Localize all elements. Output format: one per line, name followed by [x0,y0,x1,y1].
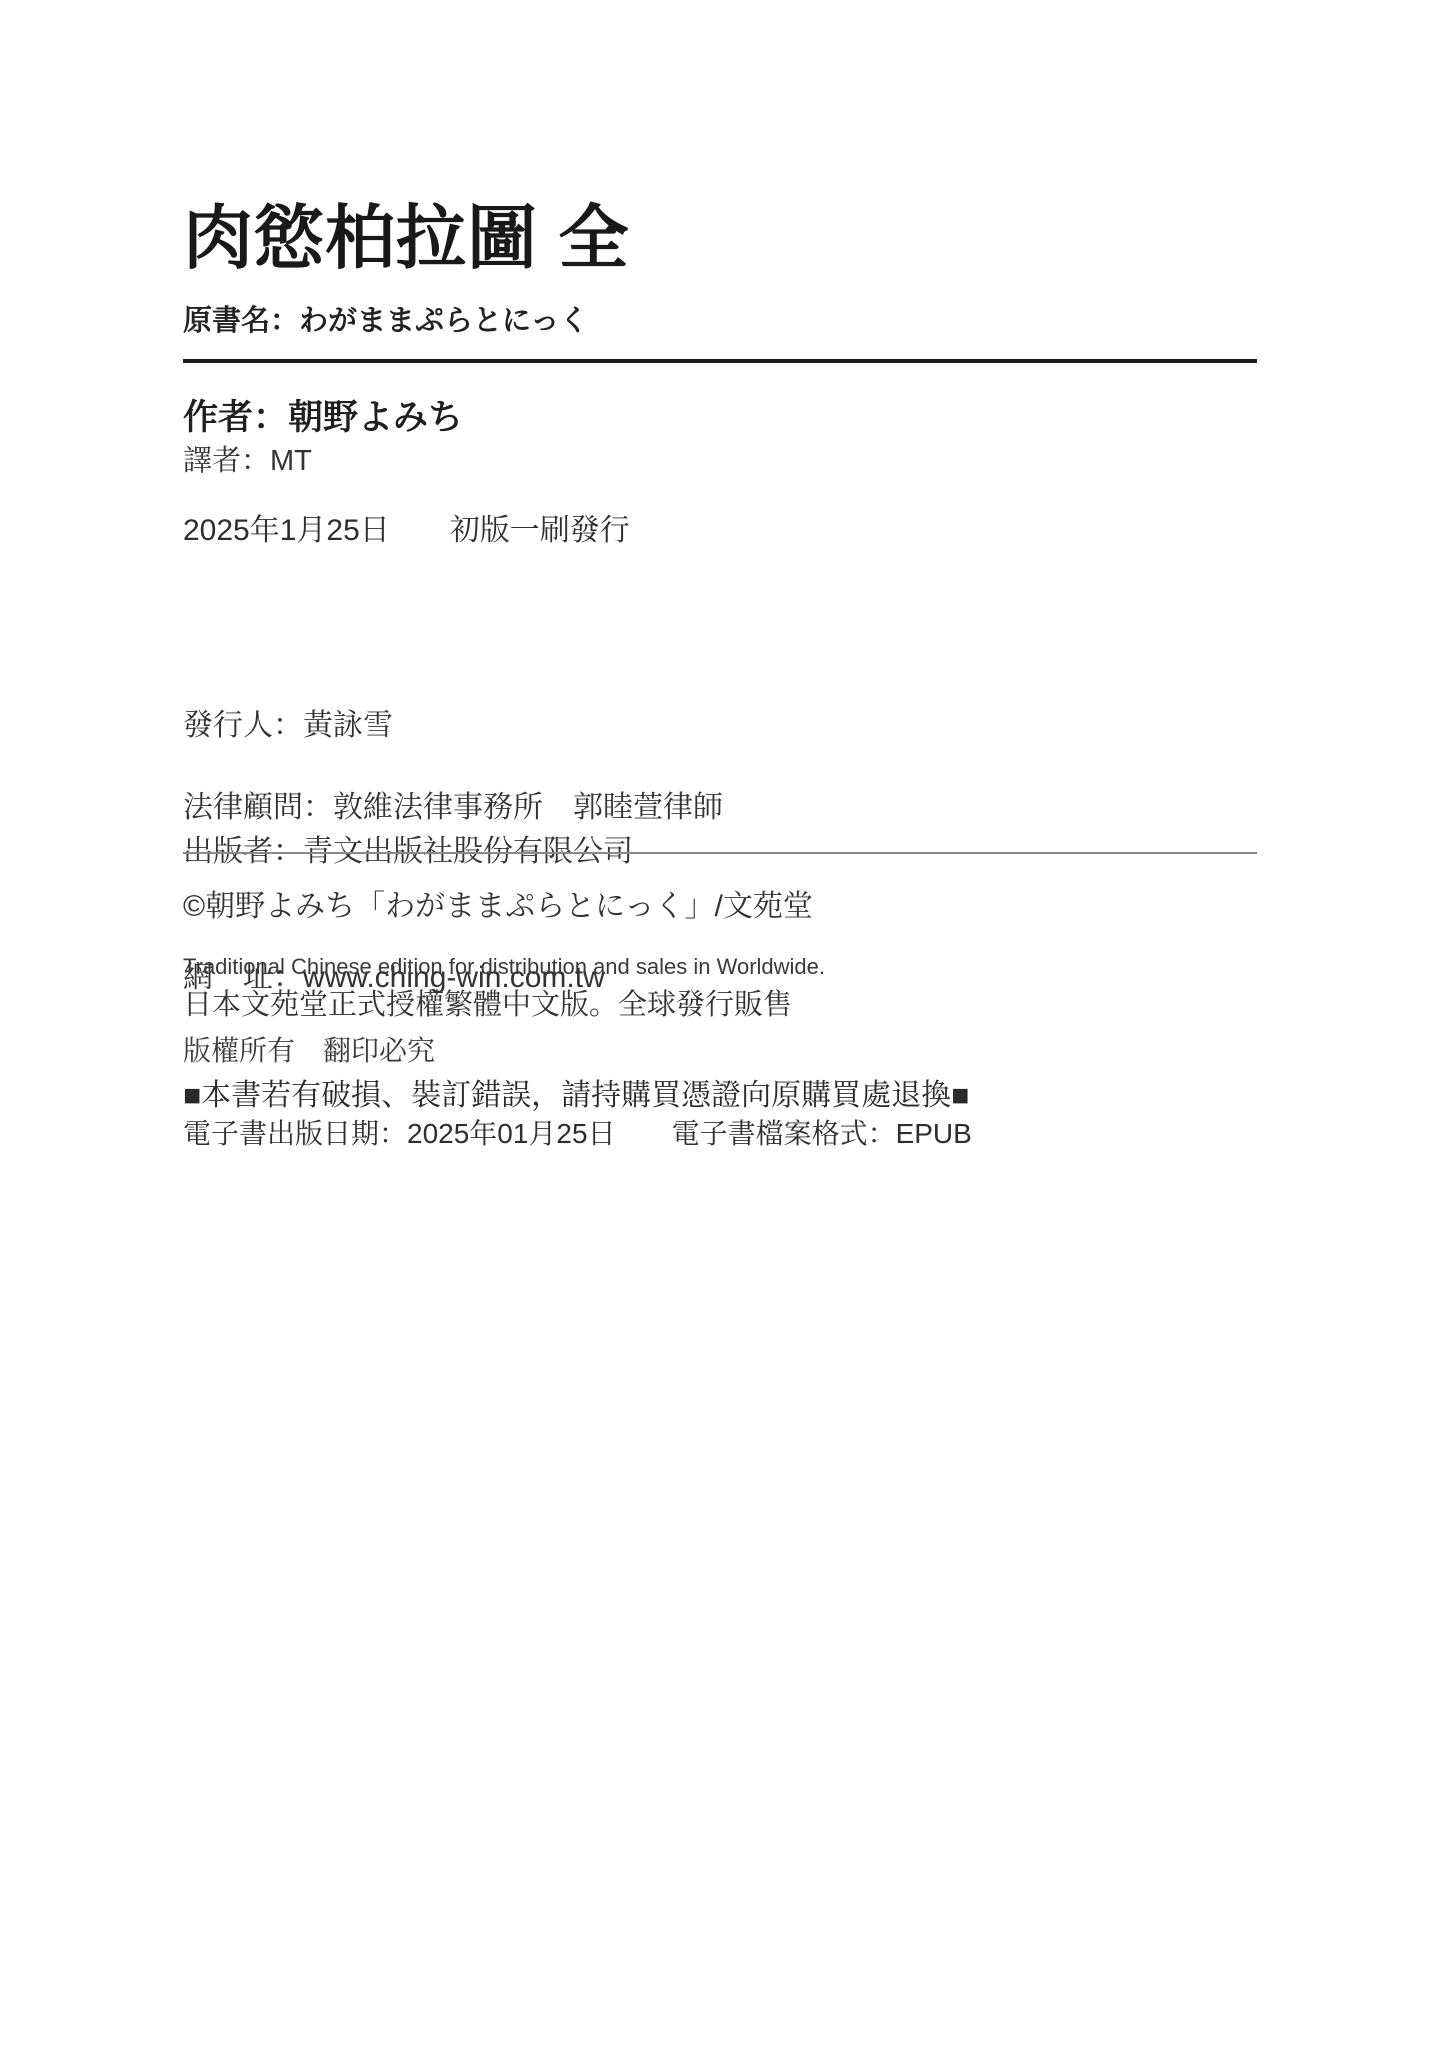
edition-date-line: 2025年1月25日 初版一刷發行 [183,505,630,549]
original-title-line: 原書名：わがままぷらとにっく [183,298,588,339]
issuer-line: 發行人：黃詠雪 [183,705,633,747]
author-line: 作者：朝野よみち [183,390,463,440]
license-english-line: Traditional Chinese edition for distribu… [183,954,825,980]
colophon-page: 肉慾柏拉圖 全 原書名：わがままぷらとにっく 作者：朝野よみち 譯者：MT 20… [0,0,1443,2048]
damage-return-notice: ■本書若有破損、裝訂錯誤，請持購買憑證向原購買處退換■ [183,1070,969,1114]
legal-advisor-line: 法律顧問：敦維法律事務所 郭睦萱律師 [183,782,723,826]
divider-thick [183,359,1257,363]
copyright-line: ©朝野よみち「わがままぷらとにっく」/文苑堂 [183,881,813,925]
book-title: 肉慾柏拉圖 全 [183,200,629,277]
divider-thin [183,852,1257,854]
translator-line: 譯者：MT [183,438,312,479]
ebook-info-line: 電子書出版日期：2025年01月25日 電子書檔案格式：EPUB [183,1112,972,1152]
license-chinese-line: 日本文苑堂正式授權繁體中文版。全球發行販售 [183,982,792,1023]
rights-reserved-line: 版權所有 翻印必究 [183,1029,435,1069]
